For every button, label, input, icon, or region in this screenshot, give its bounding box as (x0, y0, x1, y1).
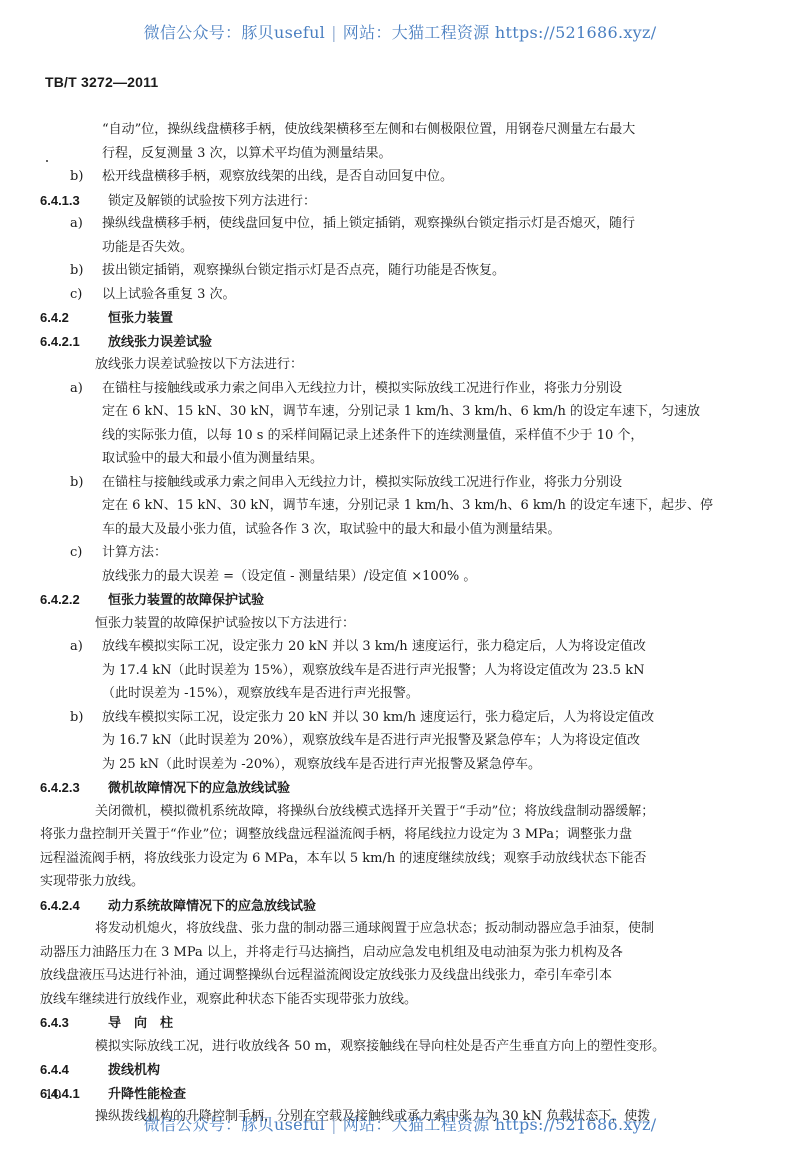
text-line: 定在 6 kN、15 kN、30 kN，调节车速，分别记录 1 km/h、3 k… (40, 494, 760, 518)
section-title: 恒张力装置 (108, 311, 173, 326)
list-item-label: a) (70, 635, 83, 659)
section-heading: 6.4.2.1放线张力误差试验 (40, 330, 760, 354)
section-heading: 6.4.4.1升降性能检查 (40, 1082, 760, 1106)
section-title: 恒张力装置的故障保护试验 (108, 593, 264, 608)
section-heading: 6.4.2.2恒张力装置的故障保护试验 (40, 588, 760, 612)
standard-code-header: TB/T 3272—2011 (45, 74, 158, 90)
section-title: 拨线机构 (108, 1063, 160, 1078)
text-line: 实现带张力放线。 (40, 870, 760, 894)
text-line: 定在 6 kN、15 kN、30 kN，调节车速，分别记录 1 km/h、3 k… (40, 400, 760, 424)
text-line: 放线车继续进行放线作业，观察此种状态下能否实现带张力放线。 (40, 988, 760, 1012)
list-item: a)操纵线盘横移手柄，使线盘回复中位，插上锁定插销，观察操纵台锁定指示灯是否熄灭… (40, 212, 760, 236)
text-line: 为 16.7 kN（此时误差为 20%），观察放线车是否进行声光报警及紧急停车；… (40, 729, 760, 753)
section-heading: 6.4.2.3微机故障情况下的应急放线试验 (40, 776, 760, 800)
section-heading: 6.4.2恒张力装置 (40, 306, 760, 330)
text-line: 放线张力的最大误差 =（设定值 - 测量结果）/设定值 ×100% 。 (40, 565, 760, 589)
section-number: 6.4.2 (40, 306, 108, 330)
list-item-text: 以上试验各重复 3 次。 (102, 287, 236, 302)
list-item-label: c) (70, 541, 82, 565)
section-heading: 6.4.3导 向 柱 (40, 1011, 760, 1035)
text-line: 动器压力油路压力在 3 MPa 以上，并将走行马达摘挡，启动应急发电机组及电动油… (40, 941, 760, 965)
text-line: 放线盘液压马达进行补油，通过调整操纵台远程溢流阀设定放线张力及线盘出线张力，牵引… (40, 964, 760, 988)
watermark-top: 微信公众号：豚贝useful|网站：大猫工程资源 https://521686.… (0, 20, 800, 43)
list-item-text: 松开线盘横移手柄，观察放线架的出线，是否自动回复中位。 (102, 169, 453, 184)
text-line: 线的实际张力值，以每 10 s 的采样间隔记录上述条件下的连续测量值，采样值不少… (40, 424, 760, 448)
section-heading: 6.4.2.4动力系统故障情况下的应急放线试验 (40, 894, 760, 918)
paragraph-line: 恒张力装置的故障保护试验按以下方法进行： (40, 612, 760, 636)
text-line: 为 25 kN（此时误差为 -20%），观察放线车是否进行声光报警及紧急停车。 (40, 753, 760, 777)
text-line: 取试验中的最大和最小值为测量结果。 (40, 447, 760, 471)
list-item-label: a) (70, 377, 83, 401)
watermark-wechat: 微信公众号：豚贝useful (144, 1115, 326, 1134)
paragraph-line: 放线张力误差试验按以下方法进行： (40, 353, 760, 377)
section-number: 6.4.2.1 (40, 330, 108, 354)
list-item-text: 计算方法： (102, 545, 167, 560)
list-item-label: b) (70, 259, 83, 283)
list-item-text: 放线车模拟实际工况，设定张力 20 kN 并以 3 km/h 速度运行，张力稳定… (102, 639, 646, 654)
list-item-text: 在锚柱与接触线或承力索之间串入无线拉力计，模拟实际放线工况进行作业，将张力分别设 (102, 381, 622, 396)
list-item-text: 拔出锁定插销，观察操纵台锁定指示灯是否点亮，随行功能是否恢复。 (102, 263, 505, 278)
list-item-label: b) (70, 471, 83, 495)
section-title: 动力系统故障情况下的应急放线试验 (108, 899, 316, 914)
text-line: 远程溢流阀手柄，将放线张力设定为 6 MPa，本车以 5 km/h 的速度继续放… (40, 847, 760, 871)
list-item: b)松开线盘横移手柄，观察放线架的出线，是否自动回复中位。 (40, 165, 760, 189)
list-item-text: 放线车模拟实际工况，设定张力 20 kN 并以 30 km/h 速度运行，张力稳… (102, 710, 654, 725)
list-item: b)放线车模拟实际工况，设定张力 20 kN 并以 30 km/h 速度运行，张… (40, 706, 760, 730)
list-item: b)拔出锁定插销，观察操纵台锁定指示灯是否点亮，随行功能是否恢复。 (40, 259, 760, 283)
watermark-site-link[interactable]: 网站：大猫工程资源 https://521686.xyz/ (343, 1115, 657, 1134)
section-number: 6.4.2.4 (40, 894, 108, 918)
list-item-text: 在锚柱与接触线或承力索之间串入无线拉力计，模拟实际放线工况进行作业，将张力分别设 (102, 475, 622, 490)
list-item-label: b) (70, 706, 83, 730)
section-title: 锁定及解锁的试验按下列方法进行： (108, 194, 316, 209)
watermark-separator: | (331, 23, 337, 42)
watermark-wechat: 微信公众号：豚贝useful (144, 23, 326, 42)
text-line: 功能是否失效。 (40, 236, 760, 260)
watermark-separator: | (331, 1115, 337, 1134)
section-title: 微机故障情况下的应急放线试验 (108, 781, 290, 796)
list-item: a)在锚柱与接触线或承力索之间串入无线拉力计，模拟实际放线工况进行作业，将张力分… (40, 377, 760, 401)
paragraph-line: 将发动机熄火，将放线盘、张力盘的制动器三通球阀置于应急状态；扳动制动器应急手油泵… (40, 917, 760, 941)
section-number: 6.4.3 (40, 1011, 108, 1035)
section-number: 6.4.4 (40, 1058, 108, 1082)
section-title: 导 向 柱 (108, 1016, 173, 1031)
section-title: 放线张力误差试验 (108, 335, 212, 350)
paragraph-line: 关闭微机，模拟微机系统故障，将操纵台放线模式选择开关置于“手动”位；将放线盘制动… (40, 800, 760, 824)
document-body: “自动”位，操纵线盘横移手柄，使放线架横移至左侧和右侧极限位置，用钢卷尺测量左右… (40, 118, 760, 1129)
page-number: 10 (45, 1088, 62, 1103)
text-line: 将张力盘控制开关置于“作业”位；调整放线盘远程溢流阀手柄，将尾线拉力设定为 3 … (40, 823, 760, 847)
list-item-label: c) (70, 283, 82, 307)
section-heading: 6.4.1.3锁定及解锁的试验按下列方法进行： (40, 189, 760, 213)
section-number: 6.4.2.3 (40, 776, 108, 800)
list-item: b)在锚柱与接触线或承力索之间串入无线拉力计，模拟实际放线工况进行作业，将张力分… (40, 471, 760, 495)
list-item: c)计算方法： (40, 541, 760, 565)
list-item: a)放线车模拟实际工况，设定张力 20 kN 并以 3 km/h 速度运行，张力… (40, 635, 760, 659)
list-item: c)以上试验各重复 3 次。 (40, 283, 760, 307)
text-line: （此时误差为 -15%），观察放线车是否进行声光报警。 (40, 682, 760, 706)
section-number: 6.4.1.3 (40, 189, 108, 213)
list-item-label: a) (70, 212, 83, 236)
watermark-site-link[interactable]: 网站：大猫工程资源 https://521686.xyz/ (343, 23, 657, 42)
text-line: 车的最大及最小张力值，试验各作 3 次，取试验中的最大和最小值为测量结果。 (40, 518, 760, 542)
text-line: 行程，反复测量 3 次，以算术平均值为测量结果。 (40, 142, 760, 166)
list-item-text: 操纵线盘横移手柄，使线盘回复中位，插上锁定插销，观察操纵台锁定指示灯是否熄灭，随… (102, 216, 635, 231)
text-line: “自动”位，操纵线盘横移手柄，使放线架横移至左侧和右侧极限位置，用钢卷尺测量左右… (40, 118, 760, 142)
paragraph-line: 模拟实际放线工况，进行收放线各 50 m，观察接触线在导向柱处是否产生垂直方向上… (40, 1035, 760, 1059)
section-title: 升降性能检查 (108, 1087, 186, 1102)
watermark-bottom: 微信公众号：豚贝useful|网站：大猫工程资源 https://521686.… (0, 1112, 800, 1135)
list-item-label: b) (70, 165, 83, 189)
text-line: 为 17.4 kN（此时误差为 15%），观察放线车是否进行声光报警；人为将设定… (40, 659, 760, 683)
section-number: 6.4.2.2 (40, 588, 108, 612)
section-heading: 6.4.4拨线机构 (40, 1058, 760, 1082)
